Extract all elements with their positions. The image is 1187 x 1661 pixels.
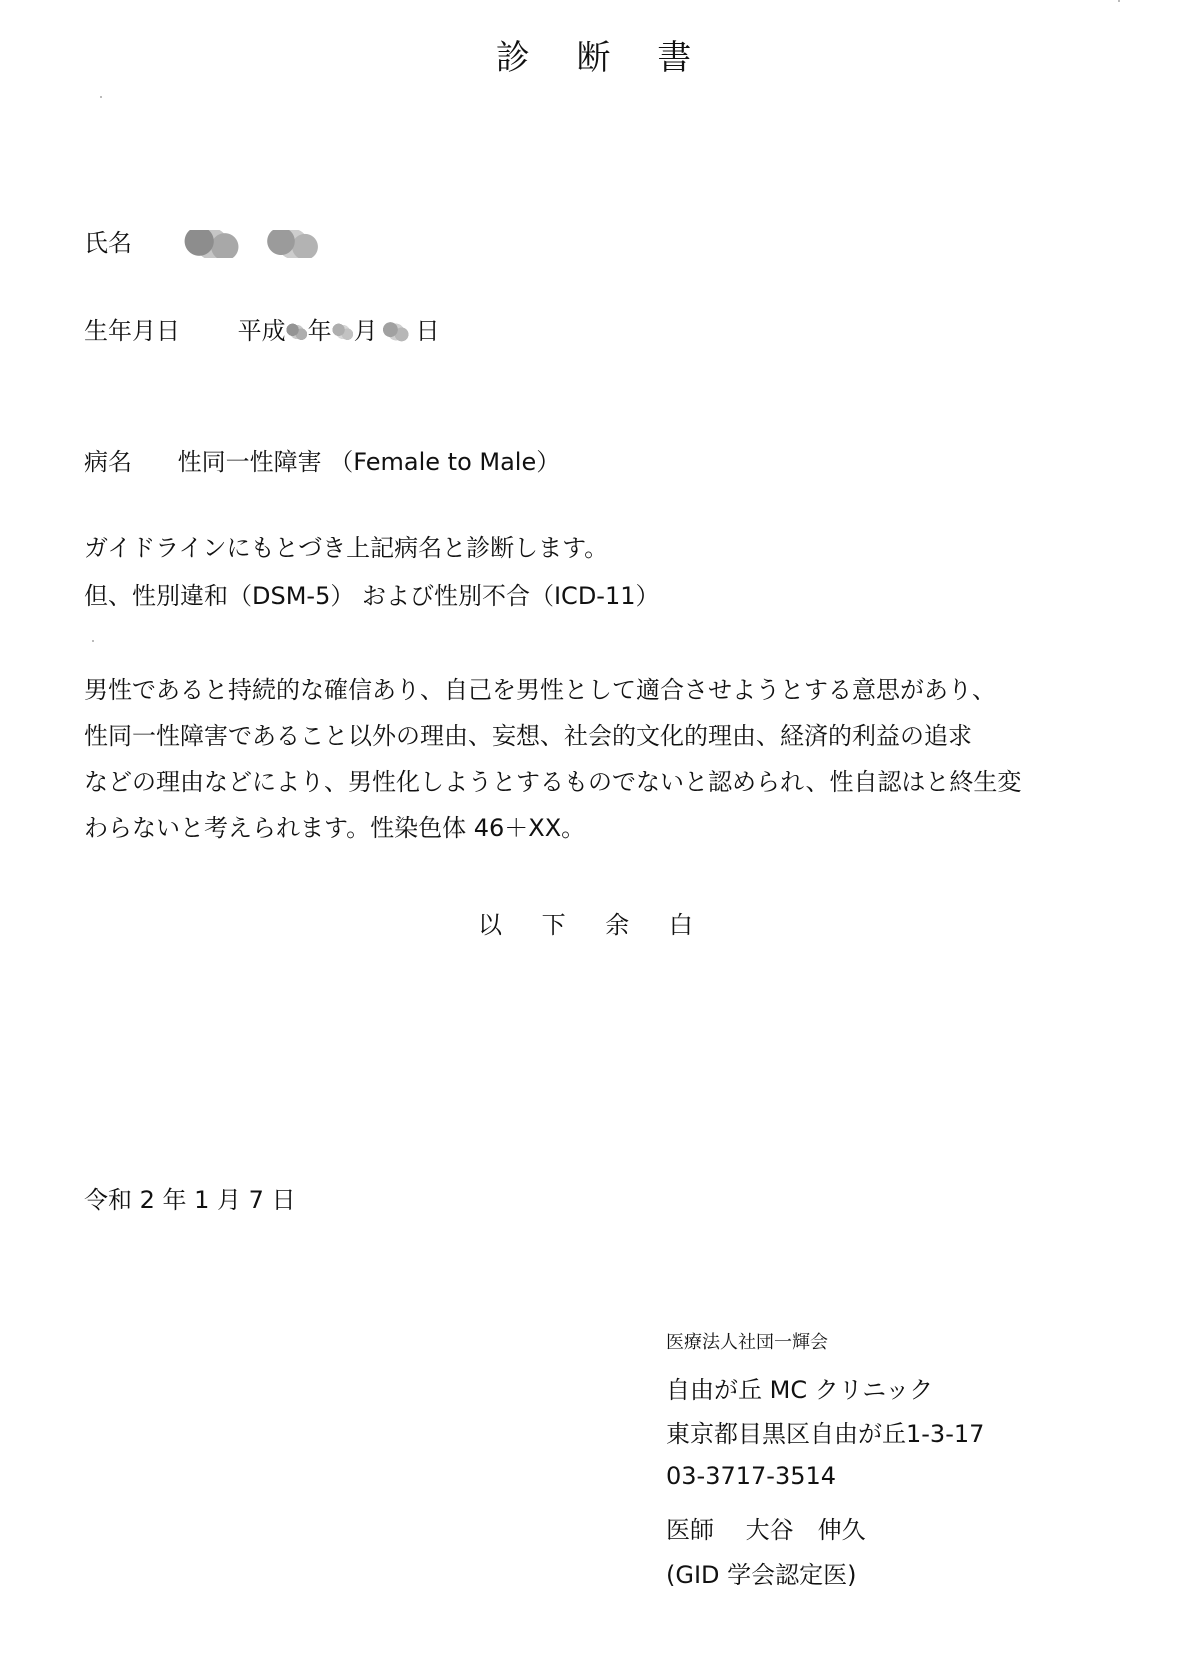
redacted-birth-day bbox=[382, 320, 410, 344]
redacted-name-given bbox=[180, 230, 244, 258]
birthdate-year-unit: 年 bbox=[308, 317, 332, 345]
statement-line-2: 但、性別違和（DSM-5） および性別不合（ICD-11） bbox=[84, 581, 660, 611]
signature-doctor: 医師 大谷 伸久 bbox=[666, 1510, 866, 1545]
scan-speck bbox=[92, 640, 94, 642]
body-paragraph: 男性であると持続的な確信あり、自己を男性として適合させようとする意思があり、 性… bbox=[84, 667, 1021, 851]
redacted-name-family bbox=[263, 230, 323, 258]
birthdate-row: 生年月日 平成年月日 bbox=[84, 316, 440, 346]
redacted-birth-year bbox=[286, 321, 308, 343]
birthdate-day-unit: 日 bbox=[416, 317, 440, 345]
signature-credential: (GID 学会認定医) bbox=[666, 1555, 857, 1590]
scan-speck bbox=[1118, 0, 1120, 2]
body-line-2: 性同一性障害であること以外の理由、妄想、社会的文化的理由、経済的利益の追求 bbox=[84, 713, 1021, 759]
signature-clinic: 自由が丘 MC クリニック bbox=[666, 1370, 933, 1405]
name-label: 氏名 bbox=[84, 228, 132, 258]
birthdate-era: 平成 bbox=[238, 317, 286, 345]
birthdate-label: 生年月日 bbox=[84, 316, 180, 346]
statement-line-1: ガイドラインにもとづき上記病名と診断します。 bbox=[84, 533, 608, 563]
birthdate-month-unit: 月 bbox=[354, 317, 378, 345]
diagnosis-label: 病名 bbox=[84, 447, 132, 477]
issue-date: 令和 2 年 1 月 7 日 bbox=[84, 1185, 296, 1215]
document-title: 診 断 書 bbox=[0, 30, 1187, 79]
signature-address: 東京都目黒区自由が丘1-3-17 bbox=[666, 1414, 984, 1449]
scan-speck bbox=[100, 96, 102, 98]
diagnosis-row: 病名 性同一性障害 （Female to Male） bbox=[84, 447, 560, 477]
name-row: 氏名 bbox=[84, 228, 323, 258]
redacted-birth-month bbox=[332, 321, 354, 343]
body-line-1: 男性であると持続的な確信あり、自己を男性として適合させようとする意思があり、 bbox=[84, 667, 1021, 713]
diagnosis-value: 性同一性障害 （Female to Male） bbox=[178, 448, 561, 476]
body-line-3: などの理由などにより、男性化しようとするものでないと認められ、性自認はと終生変 bbox=[84, 759, 1021, 805]
signature-phone: 03-3717-3514 bbox=[666, 1462, 836, 1490]
body-line-4: わらないと考えられます。性染色体 46＋XX。 bbox=[84, 805, 1021, 851]
signature-organization: 医療法人社団一輝会 bbox=[666, 1328, 828, 1354]
end-of-document-marker: 以 下 余 白 bbox=[0, 905, 1187, 940]
